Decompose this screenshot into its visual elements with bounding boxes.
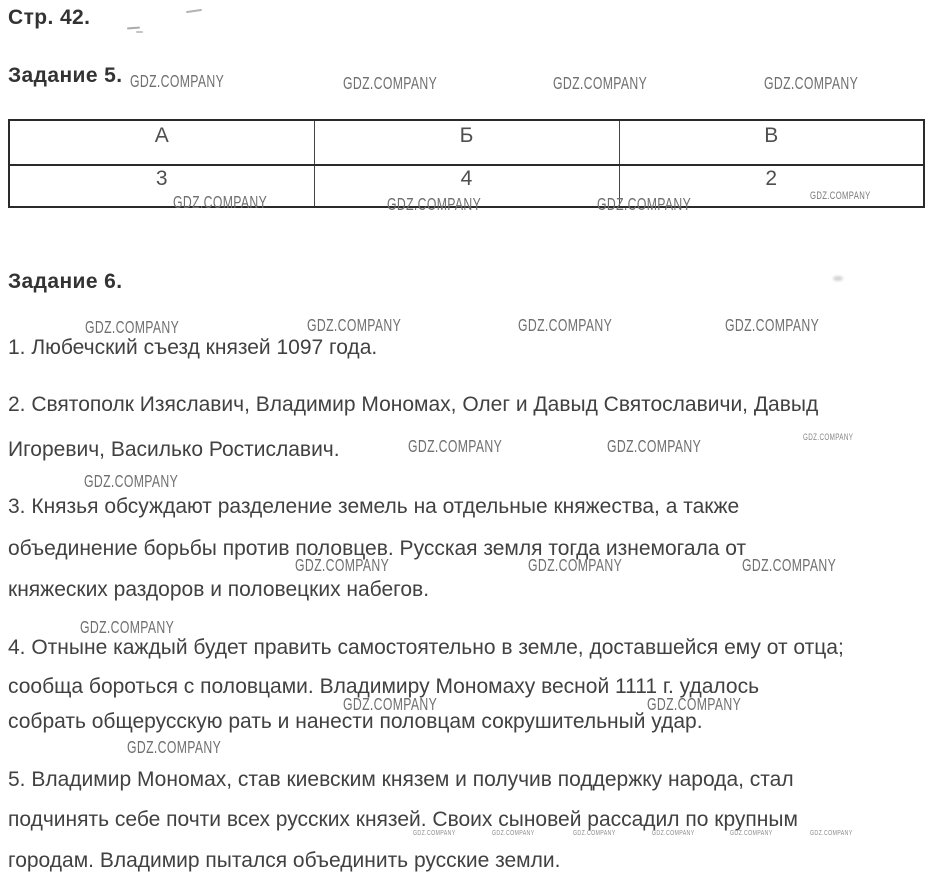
gdz-watermark: GDZ.COMPANY — [343, 73, 437, 94]
answer-line: 5. Владимир Мономах, став киевским князе… — [8, 768, 794, 792]
gdz-watermark: GDZ.COMPANY — [647, 694, 741, 715]
pen-scribble — [136, 31, 143, 33]
gdz-watermark: GDZ.COMPANY — [408, 436, 502, 457]
answer-line: 1. Любечский съезд князей 1097 года. — [8, 336, 377, 360]
gdz-watermark: GDZ.COMPANY — [84, 471, 178, 492]
gdz-watermark: GDZ.COMPANY — [652, 828, 695, 837]
table-header-cell: В — [619, 120, 924, 165]
gdz-watermark: GDZ.COMPANY — [413, 828, 456, 837]
gdz-watermark: GDZ.COMPANY — [725, 315, 819, 336]
worksheet-page: Стр. 42. Задание 5. GDZ.COMPANY GDZ.COMP… — [0, 0, 943, 882]
page-title: Стр. 42. — [8, 6, 90, 30]
gdz-watermark: GDZ.COMPANY — [130, 71, 224, 92]
answer-line: княжеских раздоров и половецких набегов. — [8, 578, 429, 602]
gdz-watermark: GDZ.COMPANY — [492, 828, 535, 837]
gdz-watermark: GDZ.COMPANY — [573, 828, 616, 837]
answer-line: 4. Отныне каждый будет править самостоят… — [8, 636, 844, 660]
answer-line: городам. Владимир пытался объединить рус… — [8, 849, 560, 873]
gdz-watermark: GDZ.COMPANY — [810, 828, 853, 837]
table-header-row: А Б В — [9, 120, 924, 165]
table-header-cell: Б — [314, 120, 619, 165]
gdz-watermark: GDZ.COMPANY — [518, 315, 612, 336]
gdz-watermark: GDZ.COMPANY — [343, 694, 437, 715]
gdz-watermark: GDZ.COMPANY — [85, 317, 179, 338]
gdz-watermark: GDZ.COMPANY — [810, 190, 871, 202]
smudge-mark — [833, 276, 843, 281]
pen-scribble — [186, 9, 202, 13]
gdz-watermark: GDZ.COMPANY — [127, 737, 221, 758]
gdz-watermark: GDZ.COMPANY — [553, 73, 647, 94]
gdz-watermark: GDZ.COMPANY — [742, 555, 836, 576]
gdz-watermark: GDZ.COMPANY — [597, 194, 691, 215]
answer-line: Игоревич, Василько Ростиславич. — [8, 438, 340, 462]
gdz-watermark: GDZ.COMPANY — [387, 194, 481, 215]
gdz-watermark: GDZ.COMPANY — [730, 828, 773, 837]
table-header-cell: А — [9, 120, 314, 165]
gdz-watermark: GDZ.COMPANY — [803, 432, 853, 442]
gdz-watermark: GDZ.COMPANY — [764, 73, 858, 94]
gdz-watermark: GDZ.COMPANY — [607, 436, 701, 457]
task5-heading: Задание 5. — [8, 64, 122, 88]
answer-line: 2. Святополк Изяславич, Владимир Мономах… — [8, 393, 818, 417]
gdz-watermark: GDZ.COMPANY — [80, 617, 174, 638]
task6-heading: Задание 6. — [8, 270, 122, 294]
pen-scribble — [127, 27, 140, 30]
answer-line: 3. Князья обсуждают разделение земель на… — [8, 495, 739, 519]
gdz-watermark: GDZ.COMPANY — [528, 555, 622, 576]
gdz-watermark: GDZ.COMPANY — [307, 315, 401, 336]
table-value-cell: 3 — [9, 165, 314, 207]
gdz-watermark: GDZ.COMPANY — [173, 192, 267, 213]
gdz-watermark: GDZ.COMPANY — [295, 555, 389, 576]
